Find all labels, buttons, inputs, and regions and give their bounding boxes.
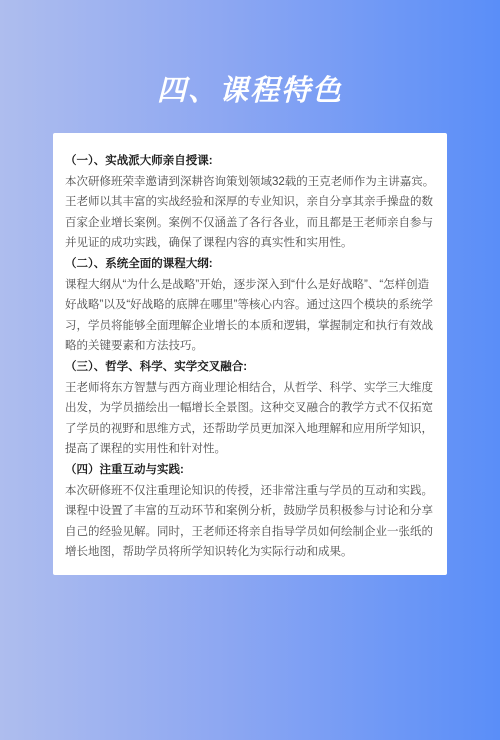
section-3: （三）、哲学、科学、实学交叉融合: 王老师将东方智慧与西方商业理论相结合，从哲学… <box>65 357 435 460</box>
section-2: （二）、系统全面的课程大纲: 课程大纲从“为什么是战略”开始，逐步深入到“什么是… <box>65 254 435 357</box>
content-card: （一）、实战派大师亲自授课: 本次研修班荣幸邀请到深耕咨询策划领域32载的王克老… <box>53 133 447 575</box>
poster-background: 四、课程特色 （一）、实战派大师亲自授课: 本次研修班荣幸邀请到深耕咨询策划领域… <box>0 0 500 740</box>
section-2-heading: （二）、系统全面的课程大纲: <box>65 254 435 275</box>
section-4-body: 本次研修班不仅注重理论知识的传授，还非常注重与学员的互动和实践。课程中设置了丰富… <box>65 481 435 563</box>
section-3-heading: （三）、哲学、科学、实学交叉融合: <box>65 357 435 378</box>
section-4-heading: （四）注重互动与实践: <box>65 460 435 481</box>
page-title: 四、课程特色 <box>0 68 500 109</box>
section-1-body: 本次研修班荣幸邀请到深耕咨询策划领域32载的王克老师作为主讲嘉宾。王老师以其丰富… <box>65 172 435 254</box>
section-3-body: 王老师将东方智慧与西方商业理论相结合，从哲学、科学、实学三大维度出发，为学员描绘… <box>65 378 435 460</box>
section-1: （一）、实战派大师亲自授课: 本次研修班荣幸邀请到深耕咨询策划领域32载的王克老… <box>65 151 435 254</box>
section-2-body: 课程大纲从“为什么是战略”开始，逐步深入到“什么是好战略”、“怎样创造好战略”以… <box>65 275 435 357</box>
section-1-heading: （一）、实战派大师亲自授课: <box>65 151 435 172</box>
section-4: （四）注重互动与实践: 本次研修班不仅注重理论知识的传授，还非常注重与学员的互动… <box>65 460 435 563</box>
